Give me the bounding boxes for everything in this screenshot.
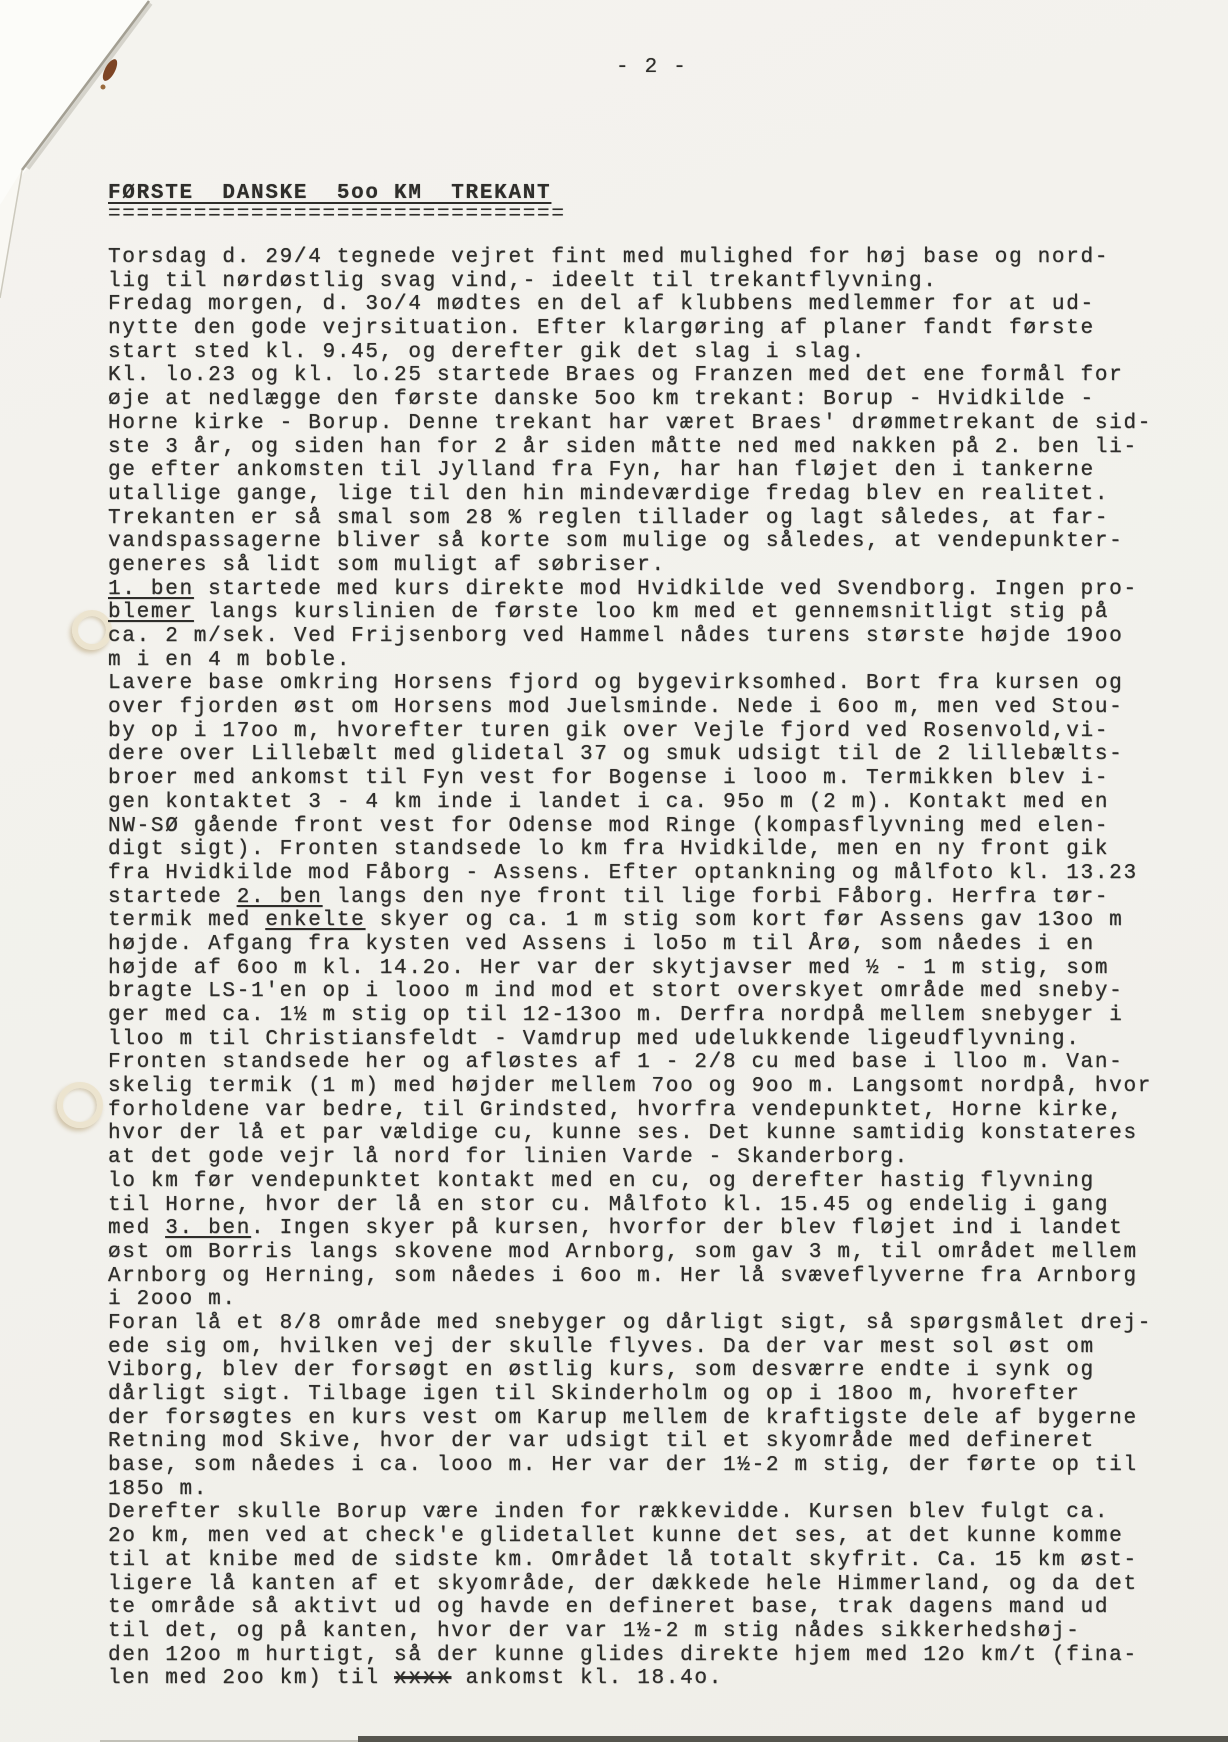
text-line: NW-SØ gående front vest for Odense mod R…: [108, 815, 1228, 839]
text-line: hvor der lå et par vældige cu, kunne ses…: [108, 1122, 1228, 1146]
ring-binder-hole-bottom: [57, 1082, 103, 1128]
title-underline: ================================: [108, 203, 566, 226]
text-line: startede 2. ben langs den nye front til …: [108, 886, 1228, 910]
text-line: øje at nedlægge den første danske 5oo km…: [108, 388, 1228, 412]
text-line: start sted kl. 9.45, og derefter gik det…: [108, 341, 1228, 365]
text-line: 2o km, men ved at check'e glidetallet ku…: [108, 1525, 1228, 1549]
text-line: generes så lidt som muligt af søbriser.: [108, 554, 1228, 578]
text-line: termik med enkelte skyer og ca. 1 m stig…: [108, 909, 1228, 933]
document-body: Torsdag d. 29/4 tegnede vejret fint med …: [108, 246, 1228, 1691]
text-line: skelig termik (1 m) med højder mellem 7o…: [108, 1075, 1228, 1099]
text-line: til at knibe med de sidste km. Området l…: [108, 1549, 1228, 1573]
text-line: Horne kirke - Borup. Denne trekant har v…: [108, 412, 1228, 436]
text-line: ca. 2 m/sek. Ved Frijsenborg ved Hammel …: [108, 625, 1228, 649]
text-line: Fronten standsede her og afløstes af 1 -…: [108, 1051, 1228, 1075]
text-line: forholdene var bedre, til Grindsted, hvo…: [108, 1099, 1228, 1123]
text-line: Kl. lo.23 og kl. lo.25 startede Braes og…: [108, 364, 1228, 388]
text-line: Foran lå et 8/8 område med snebyger og d…: [108, 1312, 1228, 1336]
text-line: base, som nåedes i ca. looo m. Her var d…: [108, 1454, 1228, 1478]
text-line: digt sigt). Fronten standsede lo km fra …: [108, 838, 1228, 862]
text-line: len med 2oo km) til xxxx ankomst kl. 18.…: [108, 1667, 1228, 1691]
text-line: Derefter skulle Borup være inden for ræk…: [108, 1501, 1228, 1525]
text-line: broer med ankomst til Fyn vest for Bogen…: [108, 767, 1228, 791]
text-line: højde af 6oo m kl. 14.2o. Her var der sk…: [108, 957, 1228, 981]
document-page: - 2 - FØRSTE DANSKE 5oo KM TREKANT =====…: [0, 0, 1228, 1742]
text-line: ede sig om, hvilken vej der skulle flyve…: [108, 1336, 1228, 1360]
text-line: Arnborg og Herning, som nåedes i 6oo m. …: [108, 1265, 1228, 1289]
text-line: Lavere base omkring Horsens fjord og byg…: [108, 672, 1228, 696]
text-line: Torsdag d. 29/4 tegnede vejret fint med …: [108, 246, 1228, 270]
text-line: dårligt sigt. Tilbage igen til Skinderho…: [108, 1383, 1228, 1407]
text-line: øst om Borris langs skovene mod Arnborg,…: [108, 1241, 1228, 1265]
text-line: ge efter ankomsten til Jylland fra Fyn, …: [108, 459, 1228, 483]
text-line: bragte LS-1'en op i looo m ind mod et st…: [108, 980, 1228, 1004]
text-line: blemer langs kurslinien de første loo km…: [108, 601, 1228, 625]
text-line: lo km før vendepunktet kontakt med en cu…: [108, 1170, 1228, 1194]
text-line: 185o m.: [108, 1478, 1228, 1502]
ring-binder-hole-top: [72, 610, 112, 650]
text-line: der forsøgtes en kurs vest om Karup mell…: [108, 1407, 1228, 1431]
text-line: Trekanten er så smal som 28 % reglen til…: [108, 507, 1228, 531]
text-line: til Horne, hvor der lå en stor cu. Målfo…: [108, 1194, 1228, 1218]
text-line: gen kontaktet 3 - 4 km inde i landet i c…: [108, 791, 1228, 815]
text-line: 1. ben startede med kurs direkte mod Hvi…: [108, 578, 1228, 602]
scanner-edge-strip-dark: [358, 1736, 1228, 1742]
text-line: fra Hvidkilde mod Fåborg - Assens. Efter…: [108, 862, 1228, 886]
heading-block: FØRSTE DANSKE 5oo KM TREKANT ===========…: [108, 182, 566, 226]
text-line: at det gode vejr lå nord for linien Vard…: [108, 1146, 1228, 1170]
text-line: nytte den gode vejrsituation. Efter klar…: [108, 317, 1228, 341]
text-line: te område så aktivt ud og havde en defin…: [108, 1596, 1228, 1620]
text-line: ste 3 år, og siden han for 2 år siden må…: [108, 436, 1228, 460]
text-line: den 12oo m hurtigt, så der kunne glides …: [108, 1644, 1228, 1668]
text-line: ger med ca. 1½ m stig op til 12-13oo m. …: [108, 1004, 1228, 1028]
text-line: Retning mod Skive, hvor der var udsigt t…: [108, 1430, 1228, 1454]
text-line: by op i 17oo m, hvorefter turen gik over…: [108, 720, 1228, 744]
text-line: ligere lå kanten af et skyområde, der dæ…: [108, 1573, 1228, 1597]
text-line: til det, og på kanten, hvor der var 1½-2…: [108, 1620, 1228, 1644]
text-line: i 2ooo m.: [108, 1288, 1228, 1312]
text-line: lloo m til Christiansfeldt - Vamdrup med…: [108, 1028, 1228, 1052]
text-line: over fjorden øst om Horsens mod Juelsmin…: [108, 696, 1228, 720]
text-line: m i en 4 m boble.: [108, 649, 1228, 673]
text-line: vandspassagerne bliver så korte som muli…: [108, 530, 1228, 554]
text-line: utallige gange, lige til den hin mindevæ…: [108, 483, 1228, 507]
text-line: dere over Lillebælt med glidetal 37 og s…: [108, 743, 1228, 767]
text-line: Viborg, blev der forsøgt en østlig kurs,…: [108, 1359, 1228, 1383]
text-line: Fredag morgen, d. 3o/4 mødtes en del af …: [108, 293, 1228, 317]
document-title: FØRSTE DANSKE 5oo KM TREKANT: [108, 182, 566, 205]
text-line: højde. Afgang fra kysten ved Assens i lo…: [108, 933, 1228, 957]
text-line: lig til nørdøstlig svag vind,- ideelt ti…: [108, 270, 1228, 294]
page-number: - 2 -: [616, 56, 688, 79]
text-line: med 3. ben. Ingen skyer på kursen, hvorf…: [108, 1217, 1228, 1241]
